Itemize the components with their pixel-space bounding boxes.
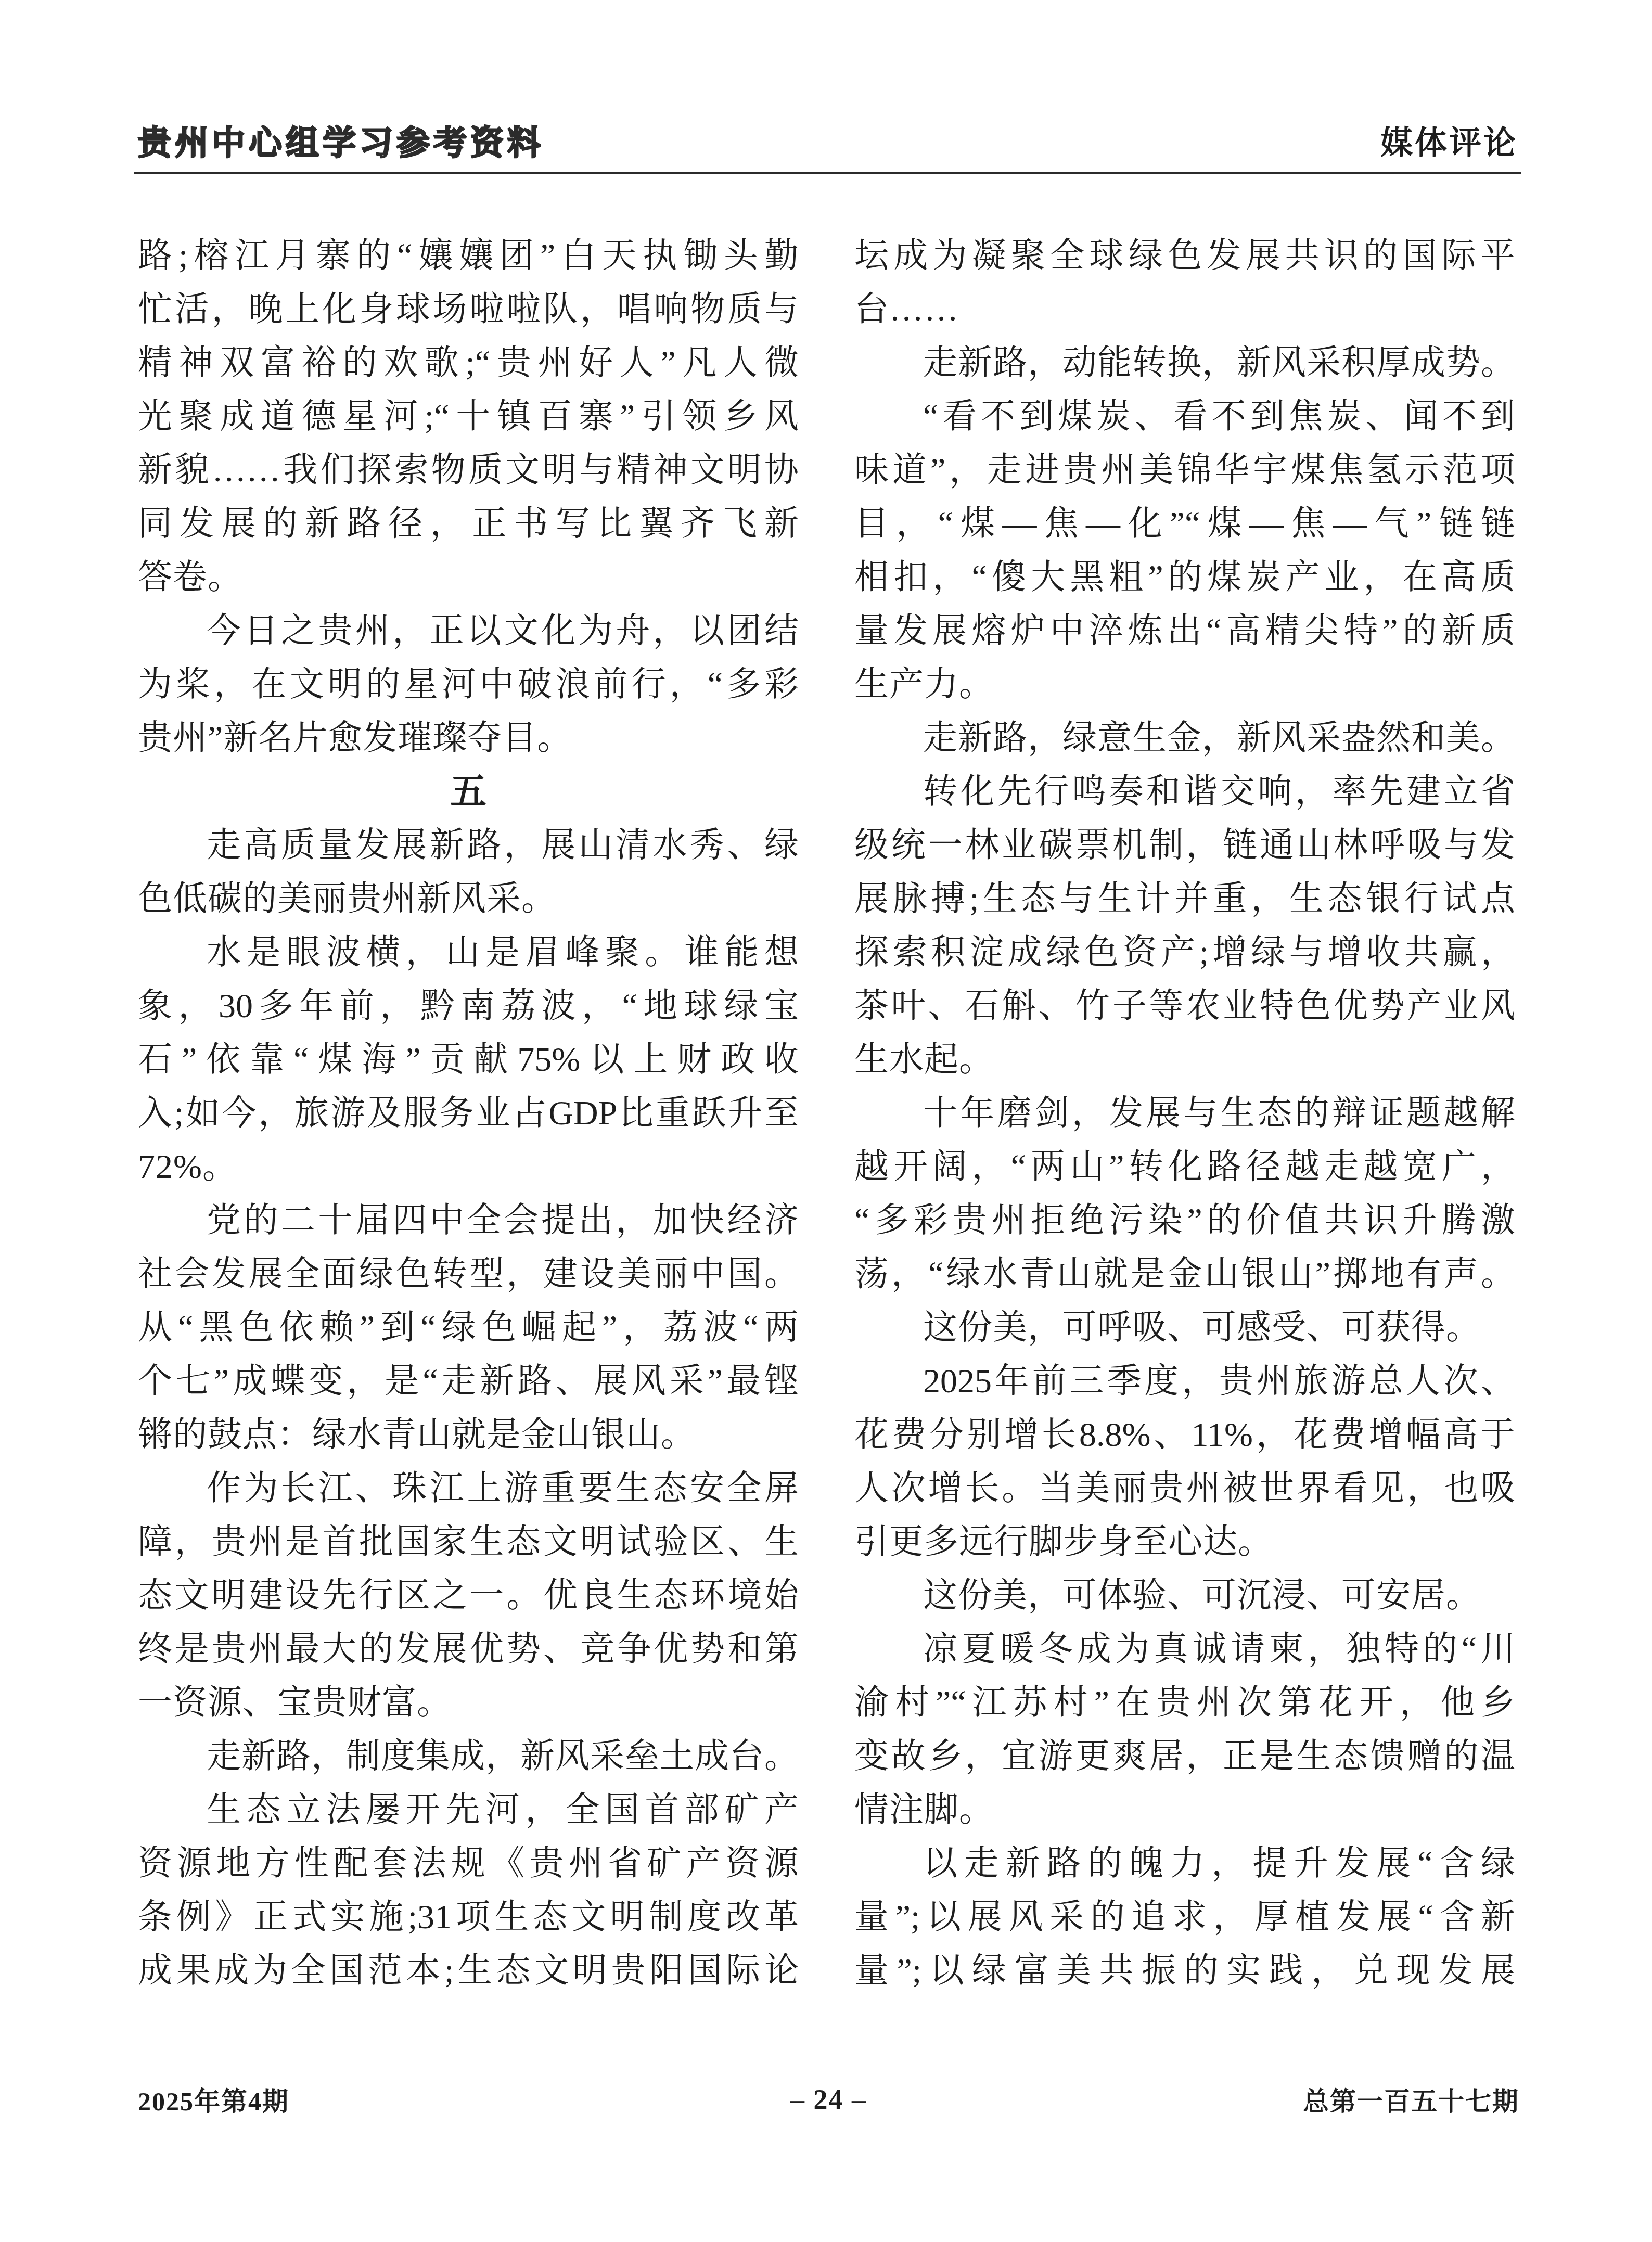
text-line: “多彩贵州拒绝污染”的价值共识升腾激 (854, 1194, 1515, 1247)
text-line: 答卷。 (138, 550, 799, 604)
text-line: 路;榕江月寨的“孃孃团”白天执锄头勤 (138, 229, 799, 283)
text-line: 情注脚。 (854, 1783, 1515, 1837)
text-line: 态文明建设先行区之一。优良生态环境始 (138, 1569, 799, 1622)
text-line: 从“黑色依赖”到“绿色崛起”，荔波“两 (138, 1301, 799, 1354)
text-line: 量”;以展风采的追求，厚植发展“含新 (854, 1890, 1515, 1944)
text-line: 个七”成蝶变，是“走新路、展风采”最铿 (138, 1354, 799, 1408)
text-line: 这份美，可呼吸、可感受、可获得。 (854, 1301, 1515, 1354)
text-line: 光聚成道德星河;“十镇百寨”引领乡风 (138, 390, 799, 443)
text-line: 生产力。 (854, 658, 1515, 711)
text-line: 这份美，可体验、可沉浸、可安居。 (854, 1569, 1515, 1622)
footer-total-issue: 总第一百五十七期 (1186, 2081, 1519, 2118)
magazine-page: 贵州中心组学习参考资料 媒体评论 路;榕江月寨的“孃孃团”白天执锄头勤忙活，晚上… (0, 0, 1652, 2242)
text-line: 石”依靠“煤海”贡献75%以上财政收 (138, 1033, 799, 1086)
text-line: 忙活，晚上化身球场啦啦队，唱响物质与 (138, 283, 799, 336)
text-line: 走高质量发展新路，展山清水秀、绿 (138, 818, 799, 872)
text-line: 障，贵州是首批国家生态文明试验区、生 (138, 1515, 799, 1569)
text-line: 同发展的新路径，正书写比翼齐飞新 (138, 497, 799, 550)
text-line: 展脉搏;生态与生计并重，生态银行试点 (854, 872, 1515, 926)
text-line: 十年磨剑，发展与生态的辩证题越解 (854, 1086, 1515, 1140)
footer-page-number: – 24 – (471, 2083, 1186, 2116)
text-line: 社会发展全面绿色转型，建设美丽中国。 (138, 1247, 799, 1301)
text-line: 一资源、宝贵财富。 (138, 1676, 799, 1729)
page-footer: 2025年第4期 – 24 – 总第一百五十七期 (138, 2078, 1519, 2121)
text-line: 变故乡，宜游更爽居，正是生态馈赠的温 (854, 1729, 1515, 1783)
text-line: 走新路，绿意生金，新风采盎然和美。 (854, 711, 1515, 765)
text-line: 成果成为全国范本;生态文明贵阳国际论 (138, 1944, 799, 1997)
header-rule (134, 172, 1521, 174)
text-line: “看不到煤炭、看不到焦炭、闻不到 (854, 390, 1515, 443)
text-line: 锵的鼓点：绿水青山就是金山银山。 (138, 1408, 799, 1462)
text-line: 级统一林业碳票机制，链通山林呼吸与发 (854, 818, 1515, 872)
text-line: 茶叶、石斛、竹子等农业特色优势产业风 (854, 979, 1515, 1033)
text-line: 以走新路的魄力，提升发展“含绿 (854, 1837, 1515, 1890)
text-line: 水是眼波横，山是眉峰聚。谁能想 (138, 926, 799, 979)
text-line: 作为长江、珠江上游重要生态安全屏 (138, 1462, 799, 1515)
text-line: 入;如今，旅游及服务业占GDP比重跃升至 (138, 1086, 799, 1140)
text-line: 人次增长。当美丽贵州被世界看见，也吸 (854, 1462, 1515, 1515)
text-line: 生水起。 (854, 1033, 1515, 1086)
text-line: 转化先行鸣奏和谐交响，率先建立省 (854, 765, 1515, 818)
text-line: 量”;以绿富美共振的实践，兑现发展 (854, 1944, 1515, 1997)
text-line: 色低碳的美丽贵州新风采。 (138, 872, 799, 926)
text-line: 今日之贵州，正以文化为舟，以团结 (138, 604, 799, 658)
text-line: 72%。 (138, 1140, 799, 1194)
page-header: 贵州中心组学习参考资料 媒体评论 (138, 120, 1518, 160)
text-line: 味道”，走进贵州美锦华宇煤焦氢示范项 (854, 443, 1515, 497)
text-line: 相扣，“傻大黑粗”的煤炭产业，在高质 (854, 550, 1515, 604)
text-line: 台…… (854, 283, 1515, 336)
text-line: 2025年前三季度，贵州旅游总人次、 (854, 1354, 1515, 1408)
text-line: 新貌……我们探索物质文明与精神文明协 (138, 443, 799, 497)
text-line: 生态立法屡开先河，全国首部矿产 (138, 1783, 799, 1837)
text-line: 目，“煤—焦—化”“煤—焦—气”链链 (854, 497, 1515, 550)
text-line: 走新路，动能转换，新风采积厚成势。 (854, 336, 1515, 390)
text-line: 探索积淀成绿色资产;增绿与增收共赢， (854, 926, 1515, 979)
footer-issue: 2025年第4期 (138, 2081, 471, 2118)
text-line: 为桨，在文明的星河中破浪前行，“多彩 (138, 658, 799, 711)
text-line: 凉夏暖冬成为真诚请柬，独特的“川 (854, 1622, 1515, 1676)
column-left: 路;榕江月寨的“孃孃团”白天执锄头勤忙活，晚上化身球场啦啦队，唱响物质与精神双富… (138, 229, 799, 1997)
text-line: 荡，“绿水青山就是金山银山”掷地有声。 (854, 1247, 1515, 1301)
text-line: 党的二十届四中全会提出，加快经济 (138, 1194, 799, 1247)
text-line: 终是贵州最大的发展优势、竞争优势和第 (138, 1622, 799, 1676)
text-line: 走新路，制度集成，新风采垒土成台。 (138, 1729, 799, 1783)
text-line: 引更多远行脚步身至心达。 (854, 1515, 1515, 1569)
text-line: 越开阔，“两山”转化路径越走越宽广， (854, 1140, 1515, 1194)
text-line: 量发展熔炉中淬炼出“高精尖特”的新质 (854, 604, 1515, 658)
text-line: 资源地方性配套法规《贵州省矿产资源 (138, 1837, 799, 1890)
text-line: 精神双富裕的欢歌;“贵州好人”凡人微 (138, 336, 799, 390)
text-line: 象，30多年前，黔南荔波，“地球绿宝 (138, 979, 799, 1033)
text-line: 贵州”新名片愈发璀璨夺目。 (138, 711, 799, 765)
text-line: 坛成为凝聚全球绿色发展共识的国际平 (854, 229, 1515, 283)
text-line: 花费分别增长8.8%、11%，花费增幅高于 (854, 1408, 1515, 1462)
section-label: 媒体评论 (1380, 117, 1518, 163)
section-heading: 五 (138, 765, 799, 818)
brand-title: 贵州中心组学习参考资料 (138, 116, 544, 164)
text-line: 条例》正式实施;31项生态文明制度改革 (138, 1890, 799, 1944)
column-right: 坛成为凝聚全球绿色发展共识的国际平台……走新路，动能转换，新风采积厚成势。“看不… (854, 229, 1515, 1997)
text-line: 渝村”“江苏村”在贵州次第花开，他乡 (854, 1676, 1515, 1729)
